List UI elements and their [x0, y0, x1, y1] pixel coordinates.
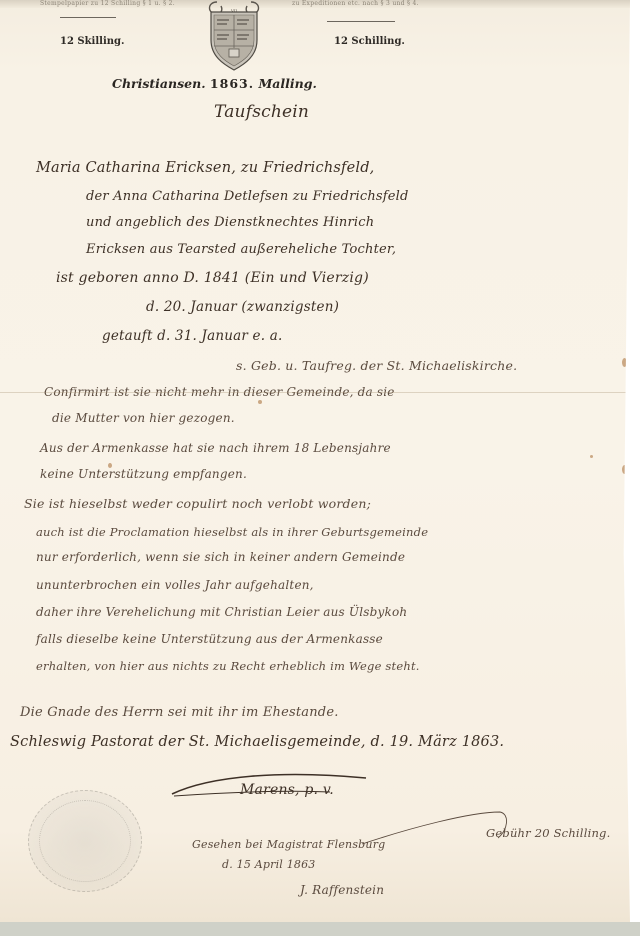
stain-spot — [258, 400, 262, 404]
stain-spot — [108, 463, 112, 468]
right-rule — [327, 21, 395, 22]
body-line-16: ununterbrochen ein volles Jahr aufgehalt… — [36, 578, 314, 592]
note-line-2: d. 15 April 1863 — [222, 858, 316, 871]
document-page: Stempelpapier zu 12 Schilling § 1 u. § 2… — [0, 0, 630, 922]
body-line-10: die Mutter von hier gezogen. — [52, 411, 235, 425]
top-left-fine-print: Stempelpapier zu 12 Schilling § 1 u. § 2… — [40, 0, 175, 7]
coat-of-arms-icon: VII — [203, 0, 265, 72]
svg-text:VII: VII — [230, 8, 237, 13]
stamp-price-right: 12 Schilling. — [334, 36, 405, 47]
body-line-5: ist geboren anno D. 1841 (Ein und Vierzi… — [56, 270, 369, 286]
background-strip — [0, 922, 640, 936]
printer-name-1: Christiansen. — [112, 76, 206, 91]
fee-note: Gebühr 20 Schilling. — [486, 826, 610, 840]
body-line-14: auch ist die Proclamation hieselbst als … — [36, 525, 428, 539]
stain-spot — [590, 455, 593, 458]
body-line-3: und angeblich des Dienstknechtes Hinrich — [86, 215, 374, 230]
pastor-signature: Marens, p. v. — [240, 782, 334, 798]
printer-year: 1863. — [210, 76, 254, 91]
document-title: Taufschein — [214, 102, 309, 122]
body-line-18: falls dieselbe keine Unterstützung aus d… — [36, 632, 383, 646]
body-line-15: nur erforderlich, wenn sie sich in keine… — [36, 550, 405, 564]
body-line-11: Aus der Armenkasse hat sie nach ihrem 18… — [40, 441, 391, 455]
stain-spot — [622, 465, 627, 474]
body-line-19: erhalten, von hier aus nichts zu Recht e… — [36, 659, 420, 673]
stain-spot — [622, 358, 627, 367]
official-signature: J. Raffenstein — [300, 883, 384, 897]
body-line-17: daher ihre Verehelichung mit Christian L… — [36, 605, 407, 619]
printer-name-2: Malling. — [258, 76, 316, 91]
body-line-1: Maria Catharina Ericksen, zu Friedrichsf… — [36, 160, 375, 176]
left-rule — [60, 17, 116, 18]
body-line-2: der Anna Catharina Detlefsen zu Friedric… — [86, 189, 409, 204]
place-date-line: Schleswig Pastorat der St. Michaelisgeme… — [10, 734, 504, 750]
body-line-8: s. Geb. u. Taufreg. der St. Michaeliskir… — [236, 358, 517, 373]
body-line-13: Sie ist hieselbst weder copulirt noch ve… — [24, 496, 371, 511]
body-line-7: getauft d. 31. Januar e. a. — [102, 328, 282, 344]
official-seal — [28, 790, 142, 892]
body-line-20: Die Gnade des Herrn sei mit ihr im Ehest… — [20, 705, 339, 720]
stamp-price-left: 12 Skilling. — [60, 36, 125, 47]
fold-line — [0, 392, 630, 393]
body-line-12: keine Unterstützung empfangen. — [40, 467, 247, 481]
note-line-1: Gesehen bei Magistrat Flensburg — [192, 838, 385, 851]
top-right-fine-print: zu Expeditionen etc. nach § 3 und § 4. — [292, 0, 419, 7]
body-line-4: Ericksen aus Tearsted außereheliche Toch… — [86, 242, 396, 257]
body-line-6: d. 20. Januar (zwanzigsten) — [146, 299, 339, 315]
printer-line: Christiansen. 1863. Malling. — [112, 76, 317, 91]
